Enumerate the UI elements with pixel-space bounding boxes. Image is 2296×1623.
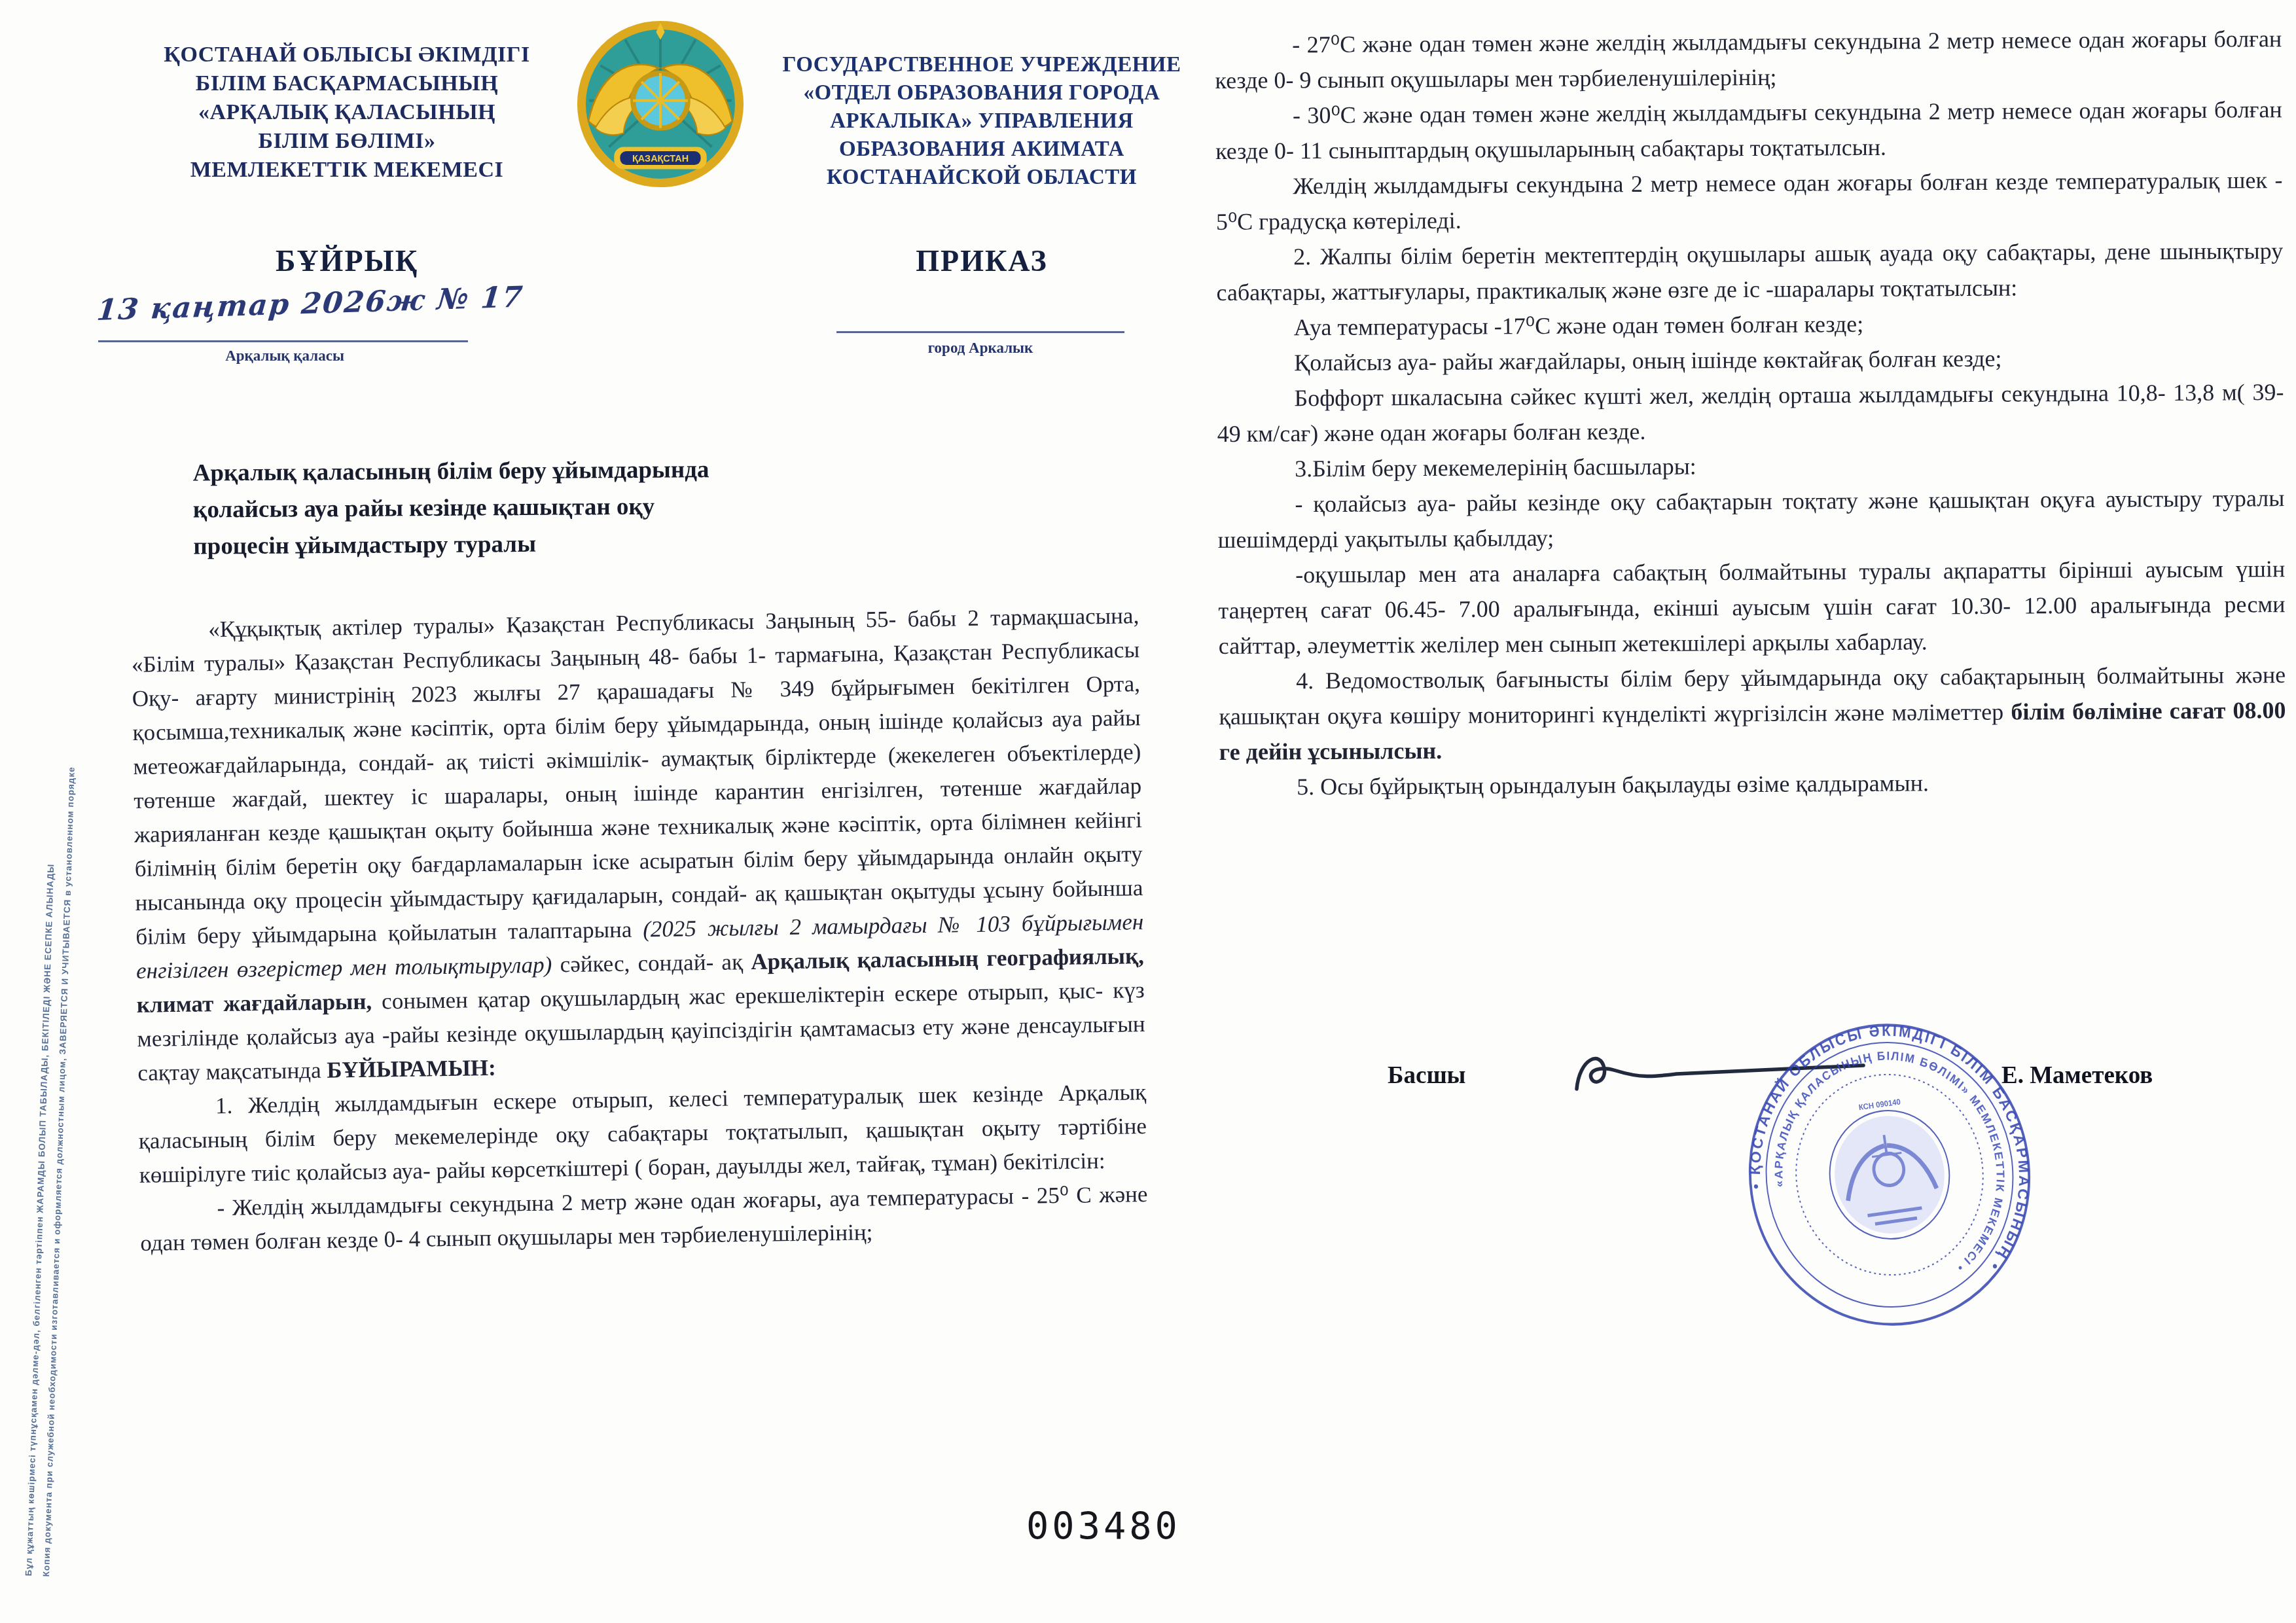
decree-word: БҰЙЫРАМЫН: <box>327 1055 496 1083</box>
order-item-1-subitem: - Желдің жылдамдығы секундына 2 метр жән… <box>139 1177 1148 1260</box>
order-item-5: 5. Осы бұйрықтың орындалуын бақылауды өз… <box>1219 763 2286 805</box>
order-item-4: 4. Ведомостволық бағынысты білім беру ұй… <box>1219 657 2286 770</box>
official-round-stamp: • ҚОСТАНАЙ ОБЛЫСЫ ӘКІМДІГІ БІЛІМ БАСҚАРМ… <box>1725 993 2054 1357</box>
organization-name-kazakh: ҚОСТАНАЙ ОБЛЫСЫ ӘКІМДІГІ БІЛІМ БАСҚАРМАС… <box>95 41 599 185</box>
date-underline <box>98 340 468 342</box>
document-type-russian: ПРИКАЗ <box>743 243 1221 278</box>
place-label-kazakh: Арқалық қаласы <box>147 348 422 365</box>
document-type-kazakh: БҰЙРЫҚ <box>95 243 599 278</box>
item3-subitem-inform-parents: -оқушылар мен ата аналарға сабақтың болм… <box>1218 551 2286 664</box>
order-title: Арқалық қаласының білім беру ұйымдарында… <box>192 450 861 565</box>
place-label-russian: город Аркалык <box>882 340 1079 357</box>
order-item-3: 3.Білім беру мекемелерінің басшылары: <box>1217 445 2284 487</box>
body-column-left: «Құқықтық актілер туралы» Қазақстан Респ… <box>131 599 1148 1260</box>
preamble-paragraph: «Құқықтық актілер туралы» Қазақстан Респ… <box>131 599 1146 1090</box>
emblem-banner-text: ҚАЗАҚСТАН <box>632 154 689 164</box>
wind-threshold-note: Желдің жылдамдығы секундына 2 метр немес… <box>1215 162 2283 240</box>
body-column-right: - 27⁰С және одан төмен және желдің жылда… <box>1215 21 2286 805</box>
item3-subitem-decisions: - қолайсыз ауа- райы кезінде оқу сабақта… <box>1217 480 2285 558</box>
threshold-minus27: - 27⁰С және одан төмен және желдің жылда… <box>1215 21 2282 98</box>
item2-condition-beaufort: Боффорт шкаласына сәйкес күшті жел, желд… <box>1217 374 2284 452</box>
order-item-1: 1. Желдің жылдамдығын ескере отырып, кел… <box>138 1075 1147 1192</box>
signatory-name: Е. Маметеков <box>2001 1061 2153 1090</box>
scanned-order-document: Бұл құжаттың көшірмесі түпнұсқамен дәлме… <box>0 0 2296 1623</box>
kazakhstan-coat-of-arms-icon: ҚАЗАҚСТАН <box>575 18 746 190</box>
signatory-role: Басшы <box>1388 1061 1466 1090</box>
vertical-certification-note: Бұл құжаттың көшірмесі түпнұсқамен дәлме… <box>20 399 92 1577</box>
handwritten-date-and-number: 13 қаңтар 2026ж № 17 <box>96 279 556 327</box>
threshold-minus30: - 30⁰С және одан төмен және желдің жылда… <box>1215 92 2283 169</box>
organization-name-russian: ГОСУДАРСТВЕННОЕ УЧРЕЖДЕНИЕ «ОТДЕЛ ОБРАЗО… <box>743 51 1221 192</box>
form-serial-number: 003480 <box>1026 1505 1181 1548</box>
order-item-2: 2. Жалпы білім беретін мектептердің оқуш… <box>1216 233 2284 310</box>
number-underline-right <box>836 331 1124 333</box>
item2-condition-ice: Қолайсыз ауа- райы жағдайлары, оның ішін… <box>1217 339 2284 381</box>
item2-condition-temperature: Ауа температурасы -17⁰С және одан төмен … <box>1217 304 2284 346</box>
stamp-id-text: КСН 090140 <box>1858 1097 1901 1112</box>
